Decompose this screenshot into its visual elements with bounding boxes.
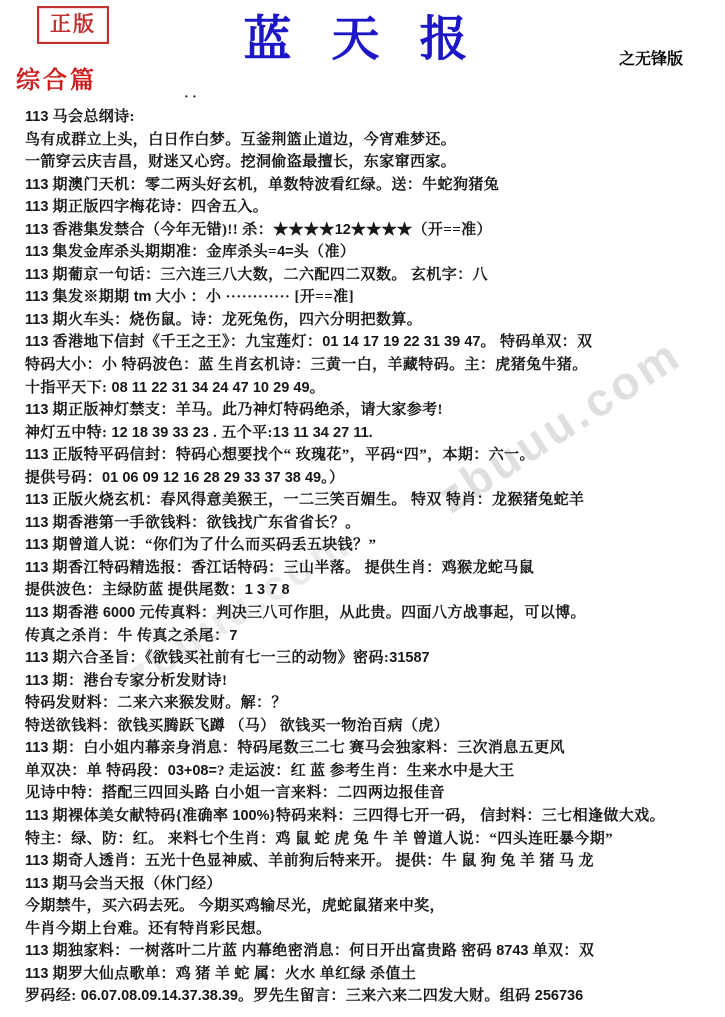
report-line: 十指平天下: 08 11 22 31 34 24 47 10 29 49。 [25, 377, 721, 400]
report-line: 鸟有成群立上头，白日作白梦。互釜荆篮止道边，今宵难梦还。 [25, 129, 721, 152]
report-line: 113 期裸体美女献特码{准确率 100%}特码来料：三四得七开一码， 信封料：… [25, 805, 721, 828]
report-line: 113 期独家料：一树落叶二片蓝 内幕绝密消息：何日开出富贵路 密码 8743 … [25, 940, 721, 963]
report-line: 113 马会总纲诗: [25, 106, 721, 129]
newspaper-page: 正版 蓝 天 报 之无锋版 综合篇 · · zbuuu.com zbuuu.co… [0, 0, 725, 1017]
report-line: 113 期马会当天报（休门经） [25, 873, 721, 896]
report-line: 罗码经: 06.07.08.09.14.37.38.39。罗先生留言：三来六来二… [25, 985, 721, 1008]
report-line: 113 期曾道人说：“你们为了什么而买码丢五块钱？” [25, 534, 721, 557]
report-line: 特码大小：小 特码波色：蓝 生肖玄机诗：三黄一白，羊藏特码。主：虎猪兔牛猪。 [25, 354, 721, 377]
report-line: 113 期正版神灯禁支：羊马。此乃神灯特码绝杀，请大家参考! [25, 399, 721, 422]
report-line: 113 集发金库杀头期期准：金库杀头=4=头（准） [25, 241, 721, 264]
report-line: 113 期：港台专家分析发财诗! [25, 670, 721, 693]
page-title: 蓝 天 报 [0, 0, 725, 69]
decorative-dots: · · [184, 90, 197, 106]
report-line: 见诗中特：搭配三四回头路 白小姐一言来料：二四两边报佳音 [25, 782, 721, 805]
report-line: 113 正版特平码信封：特码心想要找个“ 玫瑰花”，平码“四”，本期：六一。 [25, 444, 721, 467]
report-line: 113 期火车头：烧伤鼠。诗：龙死兔伤，四六分明把数算。 [25, 309, 721, 332]
report-line: 单双决：单 特码段：03+08=? 走运波：红 蓝 参考生肖：生来水中是大王 [25, 760, 721, 783]
report-line: 牛肖今期上台难。还有特肖彩民想。 [25, 918, 721, 941]
report-line: 传真之杀肖：牛 传真之杀尾：7 [25, 625, 721, 648]
report-line: 113 期罗大仙点歌单：鸡 猪 羊 蛇 属：火水 单红绿 杀值土 [25, 963, 721, 986]
report-line: 113 正版火烧玄机：春风得意美猴王，一二三笑百媚生。 特双 特肖：龙猴猪兔蛇羊 [25, 489, 721, 512]
report-line: 特主：绿、防：红。 来料七个生肖：鸡 鼠 蛇 虎 兔 牛 羊 曾道人说：“四头连… [25, 828, 721, 851]
report-line: 113 期澳门天机：零二两头好玄机，单数特波看红绿。送：牛蛇狗猪兔 [25, 174, 721, 197]
report-line: 一箭穿云庆吉昌，财迷又心窍。挖洞偷盗最擅长，东家窜西家。 [25, 151, 721, 174]
report-line: 113 期六合圣旨：《欲钱买社前有七一三的动物》密码:31587 [25, 647, 721, 670]
report-line: 提供波色：主绿防蓝 提供尾数：1 3 7 8 [25, 579, 721, 602]
report-line: 特码发财料：二来六来猴发财。解：？ [25, 692, 721, 715]
report-line: 113 香港集发禁合（今年无错)!! 杀：★★★★12★★★★（开==准） [25, 219, 721, 242]
report-line: 113 期香港第一手欲钱料：欲钱找广东省省长？。 [25, 512, 721, 535]
report-line: 113 期：白小姐内幕亲身消息：特码尾数三二七 赛马会独家料：三次消息五更风 [25, 737, 721, 760]
report-line: 113 期正版四字梅花诗：四舍五入。 [25, 196, 721, 219]
report-line: 今期禁牛，买六码去死。 今期买鸡输尽光，虎蛇鼠猪来中奖， [25, 895, 721, 918]
report-line: 提供号码：01 06 09 12 16 28 29 33 37 38 49。） [25, 467, 721, 490]
report-line: 113 期香港 6000 元传真料：判决三八可作胆，从此贵。四面八方战事起，可以… [25, 602, 721, 625]
report-line: 113 集发※期期 tm 大小 ：小 ············ [开==准] [25, 286, 721, 309]
report-line: 113 期香江特码精选报：香江话特码：三山半落。 提供生肖：鸡猴龙蛇马鼠 [25, 557, 721, 580]
report-line: 113 香港地下信封《千王之王》：九宝莲灯：01 14 17 19 22 31 … [25, 331, 721, 354]
report-line: 神灯五中特: 12 18 39 33 23 . 五个平:13 11 34 27 … [25, 422, 721, 445]
report-line: 113 期葡京一句话：三六连三八大数，二六配四二双数。 玄机字：八 [25, 264, 721, 287]
edition-label: 之无锋版 [619, 46, 683, 69]
section-heading: 综合篇 [16, 60, 97, 95]
report-body: 113 马会总纲诗:鸟有成群立上头，白日作白梦。互釜荆篮止道边，今宵难梦还。一箭… [25, 106, 721, 1008]
report-line: 113 期奇人透肖：五光十色显神威、羊前狗后特来开。 提供：牛 鼠 狗 兔 羊 … [25, 850, 721, 873]
report-line: 特送欲钱料：欲钱买腾跃飞蹲 （马） 欲钱买一物治百病（虎） [25, 715, 721, 738]
